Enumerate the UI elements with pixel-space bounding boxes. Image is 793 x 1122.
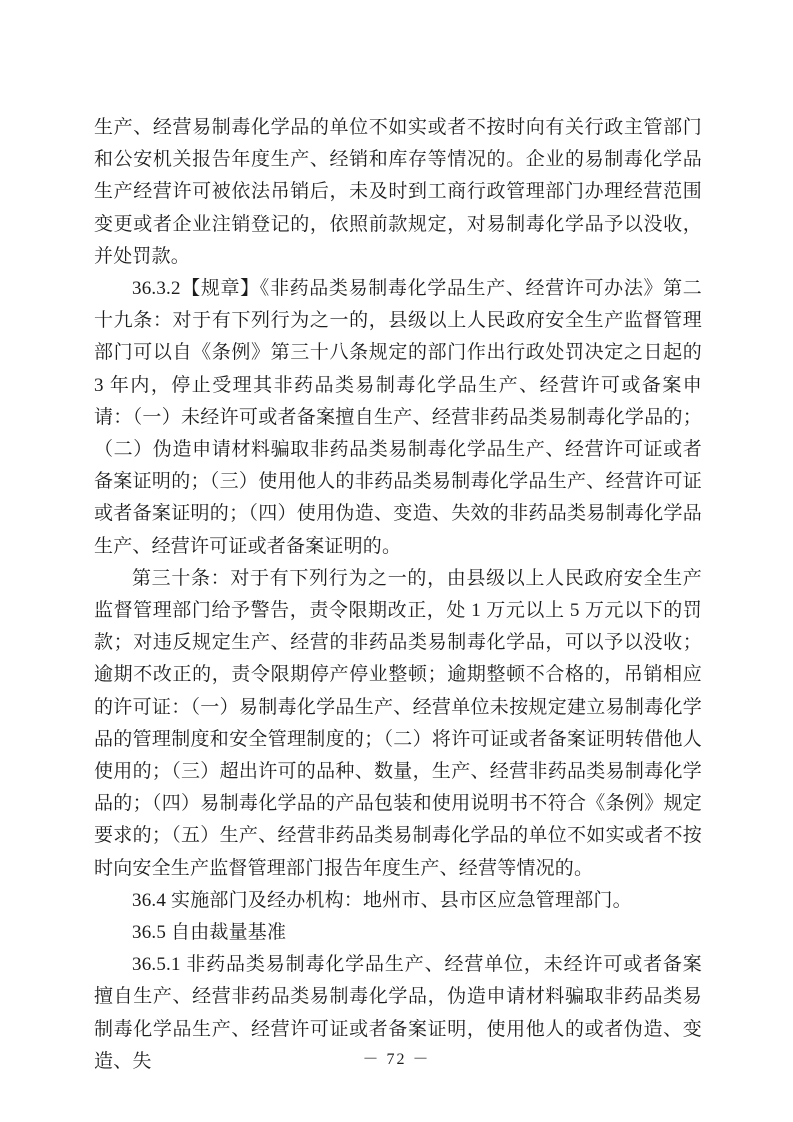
- paragraph-36-5: 36.5 自由裁量基准: [94, 917, 702, 949]
- document-body: 生产、经营易制毒化学品的单位不如实或者不按时向有关行政主管部门和公安机关报告年度…: [94, 112, 702, 1078]
- document-page: 生产、经营易制毒化学品的单位不如实或者不按时向有关行政主管部门和公安机关报告年度…: [0, 0, 793, 1122]
- page-number: － 72 －: [0, 1046, 793, 1069]
- paragraph-article-30: 第三十条：对于有下列行为之一的，由县级以上人民政府安全生产监督管理部门给予警告，…: [94, 563, 702, 885]
- paragraph-36-3-2: 36.3.2【规章】《非药品类易制毒化学品生产、经营许可办法》第二十九条：对于有…: [94, 273, 702, 563]
- paragraph-continuation: 生产、经营易制毒化学品的单位不如实或者不按时向有关行政主管部门和公安机关报告年度…: [94, 112, 702, 273]
- paragraph-36-4: 36.4 实施部门及经办机构：地州市、县市区应急管理部门。: [94, 885, 702, 917]
